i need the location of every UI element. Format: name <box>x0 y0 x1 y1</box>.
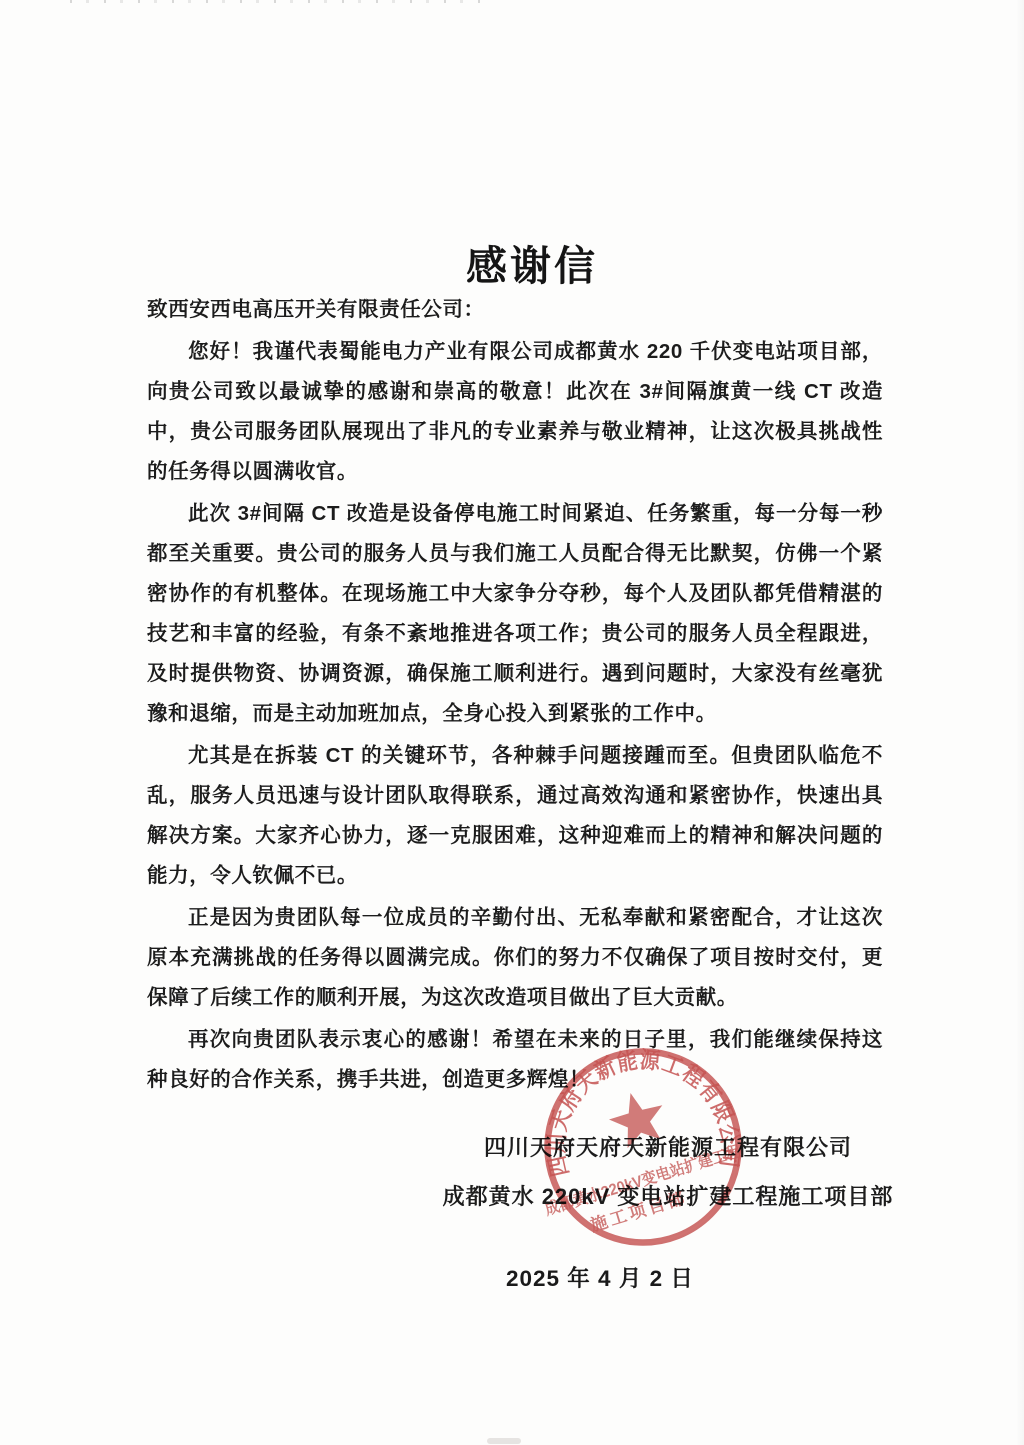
paragraph-1: 您好！我谨代表蜀能电力产业有限公司成都黄水 220 千伏变电站项目部，向贵公司致… <box>147 332 883 492</box>
seal-star-icon <box>609 1093 662 1148</box>
salutation: 致西安西电高压开关有限责任公司： <box>147 290 883 330</box>
paragraph-3: 尤其是在拆装 CT 的关键环节，各种棘手问题接踵而至。但贵团队临危不乱，服务人员… <box>147 736 883 896</box>
scan-edge-right <box>1016 0 1024 1445</box>
scan-artifact-bottom <box>487 1438 521 1444</box>
company-seal-stamp: 四川天府天新能源工程有限公司 成都黄水220kV变电站扩建工程 施工项目部 <box>512 1016 774 1278</box>
scan-artifact-top <box>70 0 490 3</box>
letter-title: 感谢信 <box>147 233 917 292</box>
paragraph-4: 正是因为贵团队每一位成员的辛勤付出、无私奉献和紧密配合，才让这次原本充满挑战的任… <box>147 898 883 1018</box>
letter-page: 感谢信 致西安西电高压开关有限责任公司： 您好！我谨代表蜀能电力产业有限公司成都… <box>0 0 1024 1445</box>
paragraph-2: 此次 3#间隔 CT 改造是设备停电施工时间紧迫、任务繁重，每一分每一秒都至关重… <box>147 494 883 734</box>
letter-body: 致西安西电高压开关有限责任公司： 您好！我谨代表蜀能电力产业有限公司成都黄水 2… <box>147 290 883 1100</box>
